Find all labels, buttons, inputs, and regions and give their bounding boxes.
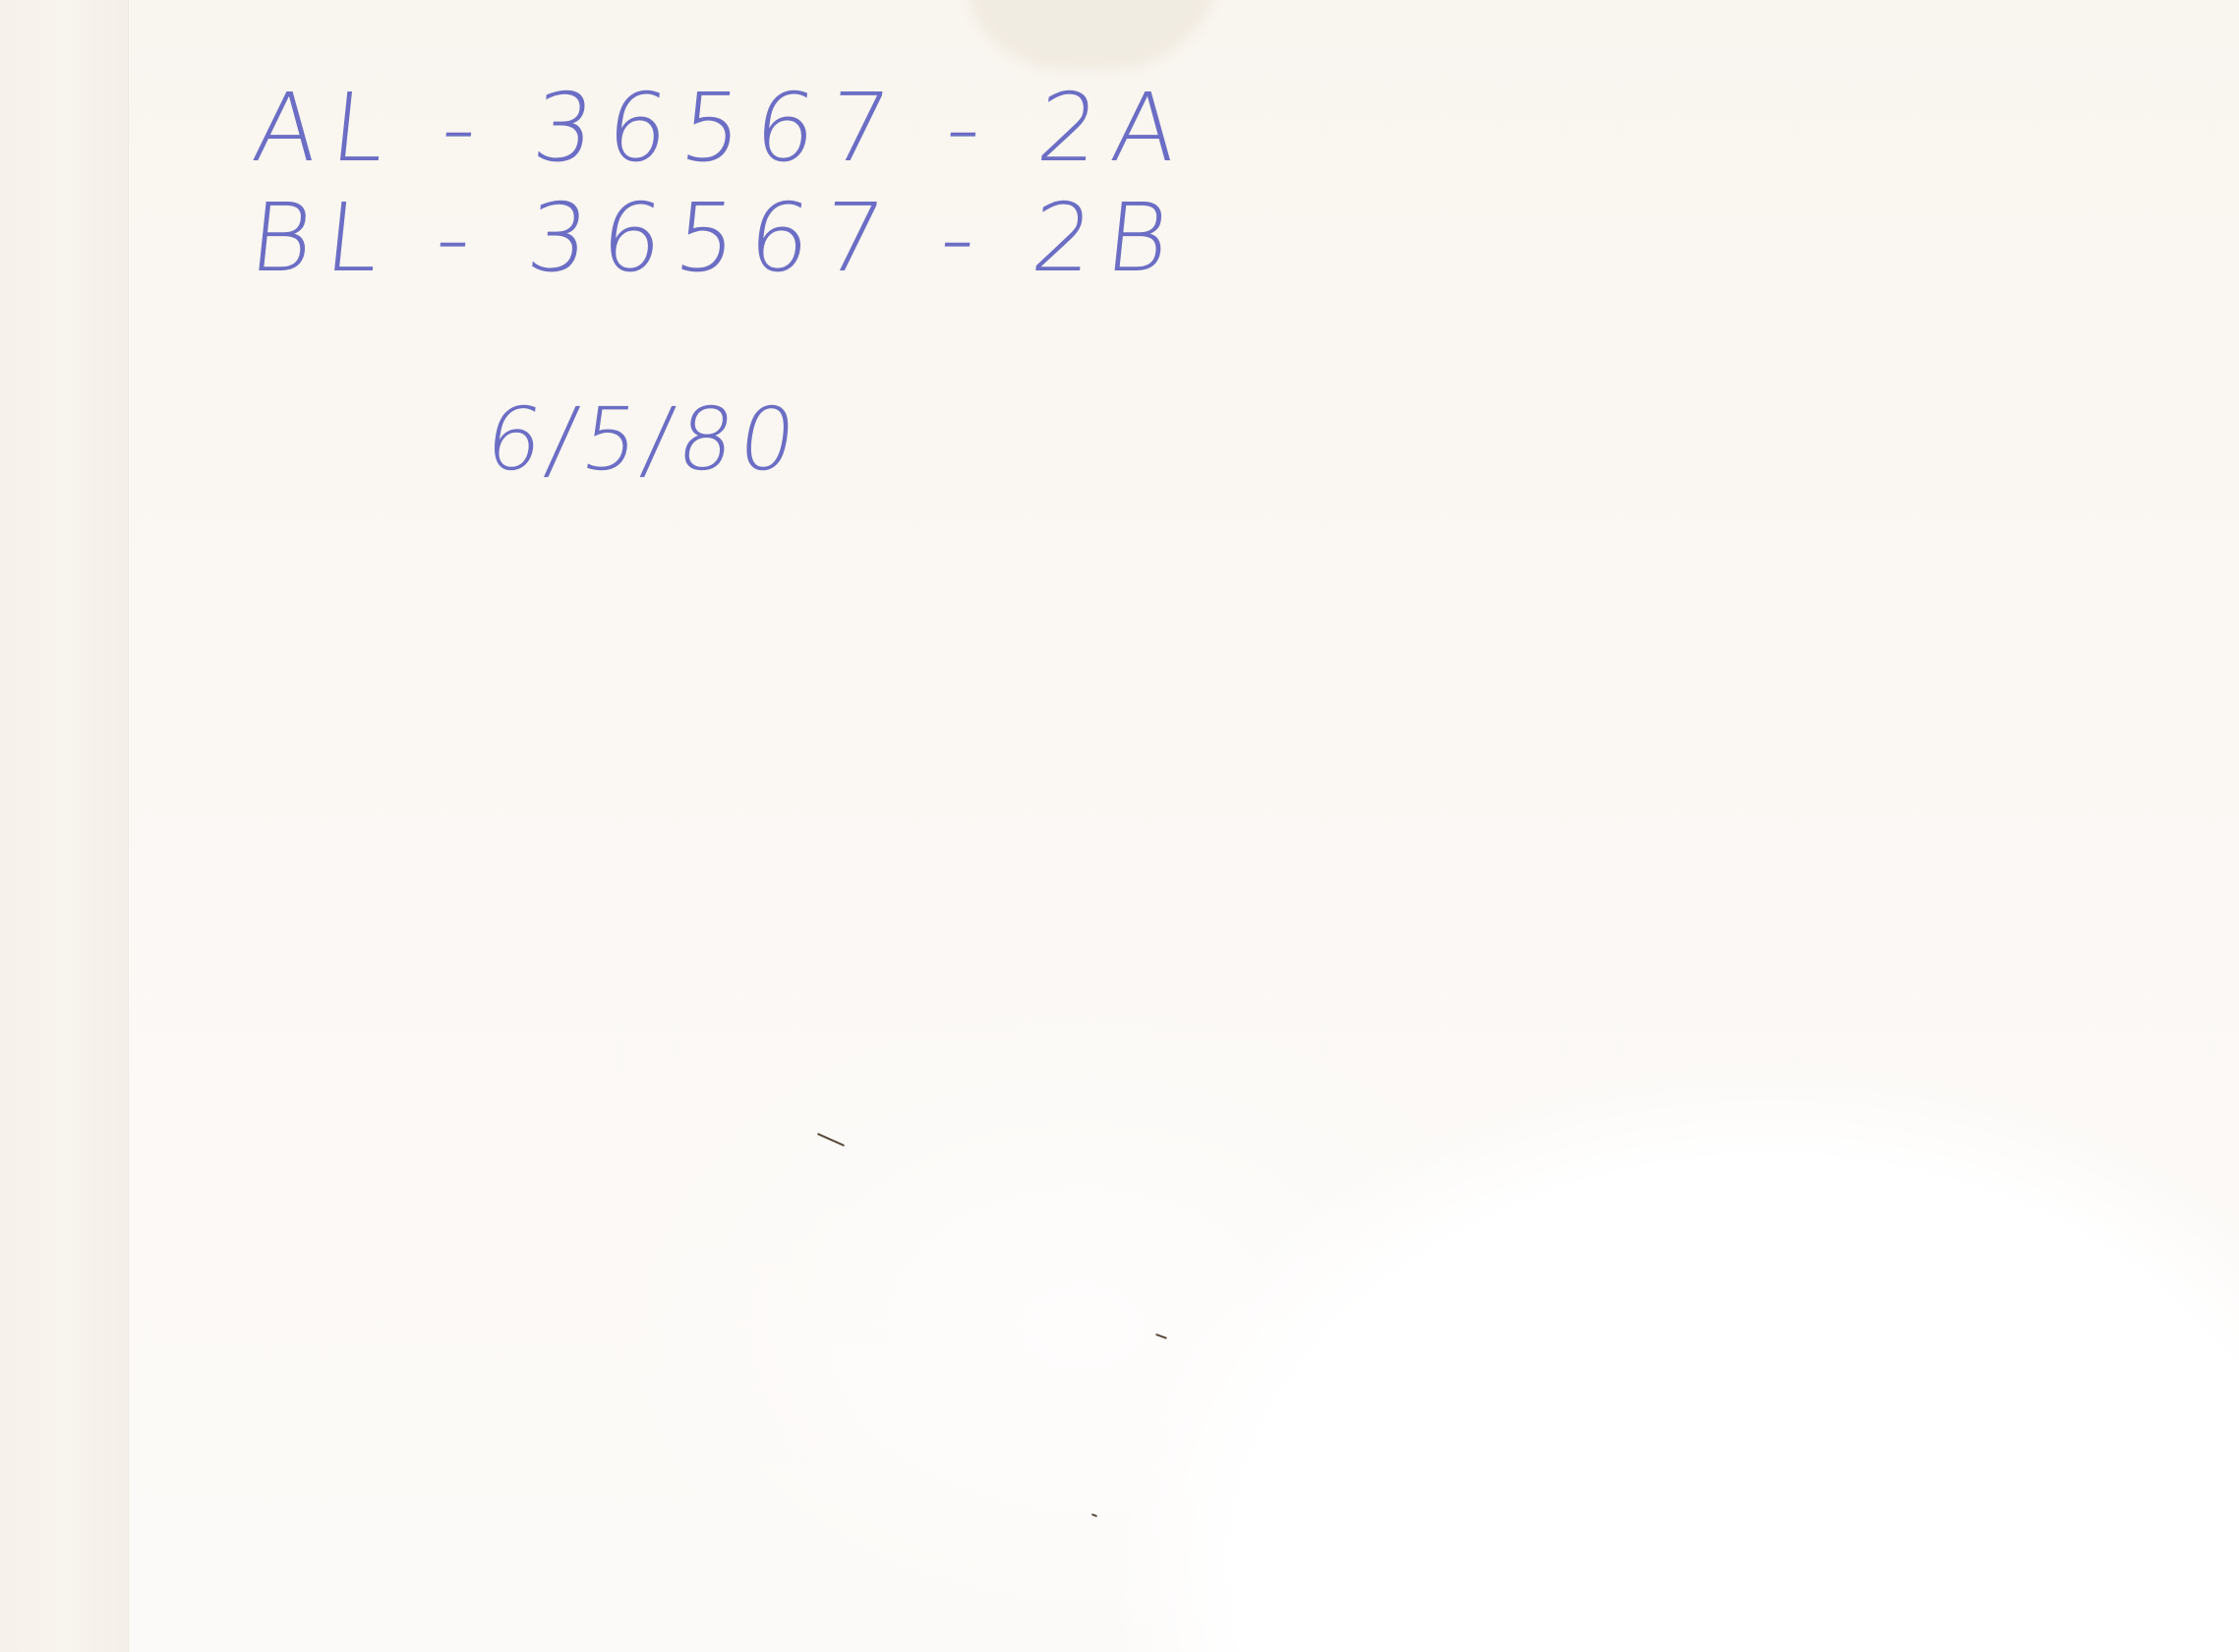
handwritten-code-line-b: BL - 36567 - 2B [245, 183, 1188, 293]
paper-edge-strip [0, 0, 129, 1652]
handwritten-code-line-a: AL - 36567 - 2A [248, 73, 1196, 183]
handwritten-date: 6/5/80 [480, 388, 808, 490]
